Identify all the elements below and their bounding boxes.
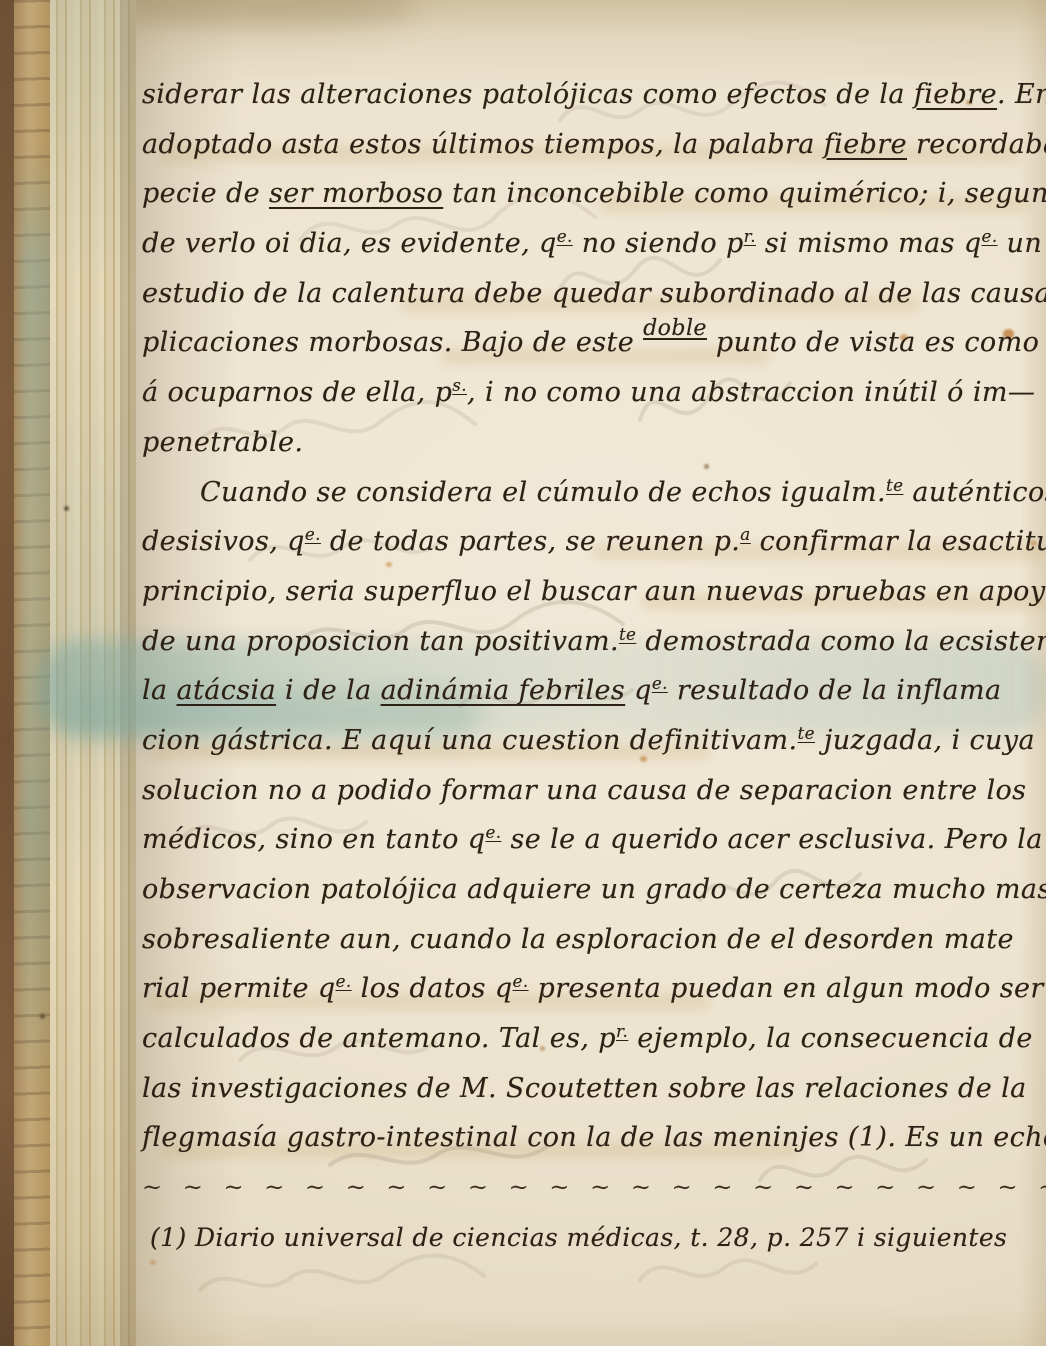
inserted-word-above-line: doble bbox=[643, 315, 707, 341]
handwritten-text: solucion no a podido formar una causa de… bbox=[142, 775, 1026, 806]
handwritten-text: de todas partes, se reunen p. bbox=[321, 526, 740, 557]
underlined-word: adinámia febriles bbox=[381, 675, 626, 706]
handwritten-text: . En el sentid bbox=[997, 79, 1046, 110]
superscript-abbreviation: r. bbox=[616, 1021, 628, 1041]
superscript-abbreviation: te bbox=[886, 475, 903, 495]
handwritten-text: no siendo p bbox=[573, 228, 744, 259]
manuscript-line: adoptado asta estos últimos tiempos, la … bbox=[142, 120, 1046, 170]
handwritten-text: principio, seria superfluo el buscar aun… bbox=[142, 576, 1046, 607]
handwritten-text: calculados de antemano. Tal es, p bbox=[142, 1023, 616, 1054]
handwritten-text: juzgada, i cuya bbox=[815, 725, 1035, 756]
manuscript-line: flegmasía gastro-intestinal con la de la… bbox=[142, 1113, 1046, 1163]
underlined-word: ser morboso bbox=[269, 178, 443, 209]
manuscript-line: siderar las alteraciones patolójicas com… bbox=[142, 70, 1046, 120]
superscript-abbreviation: e. bbox=[652, 673, 668, 693]
handwritten-text: sobresaliente aun, cuando la esploracion… bbox=[142, 924, 1014, 955]
handwritten-text: q bbox=[625, 675, 652, 706]
handwritten-text: estudio de la calentura debe quedar subo… bbox=[142, 278, 1046, 309]
handwritten-text: ejemplo, la consecuencia de bbox=[628, 1023, 1033, 1054]
superscript-abbreviation: a bbox=[740, 524, 750, 544]
handwritten-text: Cuando se considera el cúmulo de echos i… bbox=[200, 477, 886, 508]
superscript-abbreviation: e. bbox=[336, 971, 352, 991]
manuscript-line: penetrable. bbox=[142, 418, 1046, 468]
section-separator: ~ ~ ~ ~ ~ ~ ~ ~ ~ ~ ~ ~ ~ ~ ~ ~ ~ ~ ~ ~ … bbox=[142, 1167, 1046, 1209]
manuscript-line: estudio de la calentura debe quedar subo… bbox=[142, 269, 1046, 319]
foxing-spot bbox=[40, 1014, 45, 1019]
footnote: (1) Diario universal de ciencias médicas… bbox=[142, 1213, 1046, 1263]
manuscript-page: siderar las alteraciones patolójicas com… bbox=[0, 0, 1046, 1346]
superscript-abbreviation: e. bbox=[485, 822, 501, 842]
handwritten-text: se le a querido acer esclusiva. Pero la bbox=[502, 824, 1043, 855]
superscript-abbreviation: e. bbox=[557, 226, 573, 246]
manuscript-line: sobresaliente aun, cuando la esploracion… bbox=[142, 915, 1046, 965]
manuscript-line: pecie de ser morboso tan inconcebible co… bbox=[142, 169, 1046, 219]
manuscript-line: plicaciones morbosas. Bajo de este doble… bbox=[142, 318, 1046, 368]
manuscript-line: las investigaciones de M. Scoutetten sob… bbox=[142, 1064, 1046, 1114]
handwritten-text: auténticos i bbox=[903, 477, 1046, 508]
handwritten-text: desisivos, q bbox=[142, 526, 305, 557]
handwritten-text: resultado de la inflama bbox=[668, 675, 1002, 706]
manuscript-line: de verlo oi dia, es evidente, qe. no sie… bbox=[142, 219, 1046, 269]
handwritten-text: siderar las alteraciones patolójicas com… bbox=[142, 79, 914, 110]
manuscript-line: principio, seria superfluo el buscar aun… bbox=[142, 567, 1046, 617]
superscript-abbreviation: e. bbox=[305, 524, 321, 544]
manuscript-lines: siderar las alteraciones patolójicas com… bbox=[142, 70, 1046, 1163]
handwritten-text: plicaciones morbosas. Bajo de este bbox=[142, 327, 643, 358]
top-edge-smudge bbox=[120, 0, 420, 28]
handwritten-text: cion gástrica. E aquí una cuestion defin… bbox=[142, 725, 798, 756]
handwritten-text: punto de vista es como vamos bbox=[707, 327, 1046, 358]
superscript-abbreviation: s. bbox=[452, 375, 467, 395]
handwritten-text: de una proposicion tan positivam. bbox=[142, 626, 619, 657]
handwritten-text: médicos, sino en tanto q bbox=[142, 824, 485, 855]
gutter-water-stain bbox=[20, 150, 54, 1110]
underlined-word: atácsia bbox=[177, 675, 277, 706]
handwritten-text: i de la bbox=[276, 675, 381, 706]
text-block: siderar las alteraciones patolójicas com… bbox=[142, 70, 1046, 1263]
handwritten-text: pecie de bbox=[142, 178, 269, 209]
manuscript-line: médicos, sino en tanto qe. se le a queri… bbox=[142, 815, 1046, 865]
manuscript-line: Cuando se considera el cúmulo de echos i… bbox=[142, 468, 1046, 518]
handwritten-text: penetrable. bbox=[142, 427, 303, 458]
manuscript-line: observacion patolójica adquiere un grado… bbox=[142, 865, 1046, 915]
handwritten-text: á ocuparnos de ella, p bbox=[142, 377, 452, 408]
manuscript-line: rial permite qe. los datos qe. presenta … bbox=[142, 964, 1046, 1014]
handwritten-text: recordaba una es bbox=[907, 129, 1046, 160]
handwritten-text: flegmasía gastro-intestinal con la de la… bbox=[142, 1122, 1046, 1153]
manuscript-line: cion gástrica. E aquí una cuestion defin… bbox=[142, 716, 1046, 766]
underlined-word: fiebre bbox=[914, 79, 997, 110]
handwritten-text: los datos q bbox=[352, 973, 513, 1004]
underlined-word: fiebre bbox=[824, 129, 907, 160]
handwritten-text: adoptado asta estos últimos tiempos, la … bbox=[142, 129, 824, 160]
manuscript-line: de una proposicion tan positivam.te demo… bbox=[142, 617, 1046, 667]
foxing-spot bbox=[64, 506, 69, 511]
handwritten-text: la bbox=[142, 675, 177, 706]
book-cover-edge bbox=[0, 0, 14, 1346]
handwritten-text: presenta puedan en algun modo ser bbox=[529, 973, 1044, 1004]
manuscript-line: desisivos, qe. de todas partes, se reune… bbox=[142, 517, 1046, 567]
manuscript-line: la atácsia i de la adinámia febriles qe.… bbox=[142, 666, 1046, 716]
handwritten-text: tan inconcebible como quimérico; i, segu… bbox=[443, 178, 1046, 209]
handwritten-text: rial permite q bbox=[142, 973, 336, 1004]
manuscript-line: calculados de antemano. Tal es, pr. ejem… bbox=[142, 1014, 1046, 1064]
handwritten-text: las investigaciones de M. Scoutetten sob… bbox=[142, 1073, 1027, 1104]
superscript-abbreviation: e. bbox=[982, 226, 998, 246]
superscript-abbreviation: r. bbox=[744, 226, 756, 246]
handwritten-text: confirmar la esactitud del bbox=[751, 526, 1046, 557]
manuscript-line: solucion no a podido formar una causa de… bbox=[142, 766, 1046, 816]
superscript-abbreviation: e. bbox=[513, 971, 529, 991]
superscript-abbreviation: te bbox=[619, 624, 636, 644]
handwritten-text: de verlo oi dia, es evidente, q bbox=[142, 228, 557, 259]
handwritten-text: observacion patolójica adquiere un grado… bbox=[142, 874, 1046, 905]
handwritten-text: , i no como una abstraccion inútil ó im— bbox=[467, 377, 1035, 408]
superscript-abbreviation: te bbox=[798, 723, 815, 743]
handwritten-text: un bbox=[998, 228, 1046, 259]
handwritten-text: demostrada como la ecsistencia de bbox=[636, 626, 1046, 657]
handwritten-text: si mismo mas q bbox=[756, 228, 982, 259]
manuscript-line: á ocuparnos de ella, ps., i no como una … bbox=[142, 368, 1046, 418]
